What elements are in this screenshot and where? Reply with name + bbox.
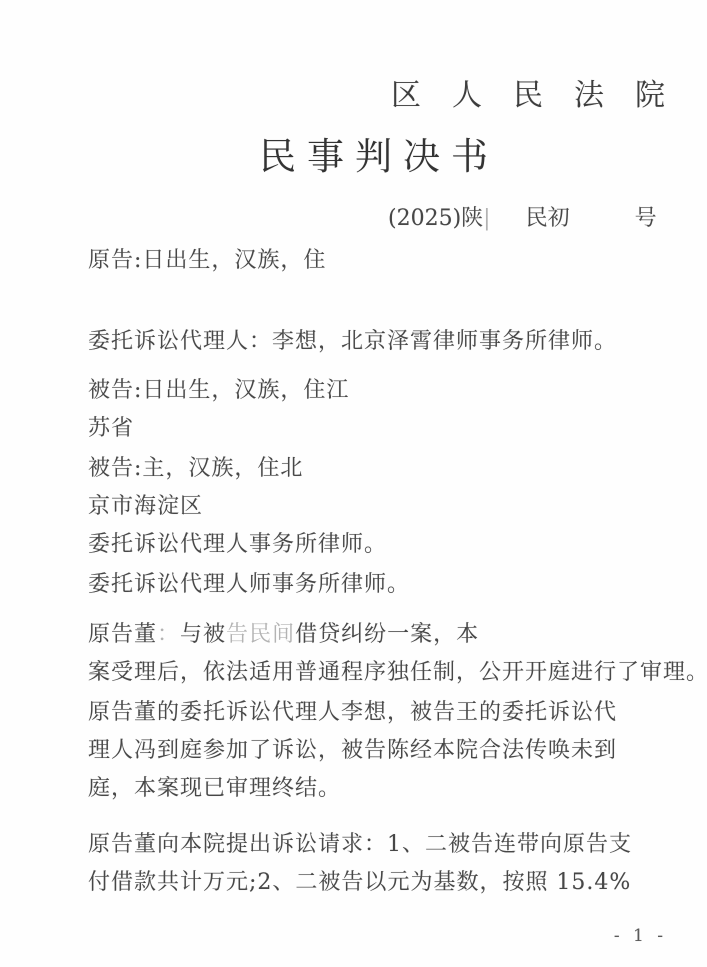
redacted-character-fragment: ：	[157, 617, 180, 648]
agent2-label: 委托诉讼代理人	[88, 567, 249, 598]
case-number-suffix: 号	[635, 201, 657, 232]
defendant1-label: 被告:	[88, 373, 142, 404]
defendant2-continuation-line: 京市海淀区	[88, 489, 663, 520]
body-text: 原告董	[88, 827, 157, 858]
defendant2-label: 被告:	[88, 451, 142, 482]
defendant-agent2-line: 委托诉讼代理人 师事务所律师。	[88, 567, 663, 598]
plaintiff-agent-text: 委托诉讼代理人：李想，北京泽霄律师事务所律师。	[88, 324, 617, 355]
body-paragraph2-line1: 原告董 向本院提出诉讼请求：1、二被告连带向原告支	[88, 827, 663, 858]
plaintiff-agent-line: 委托诉讼代理人：李想，北京泽霄律师事务所律师。	[88, 324, 663, 355]
body-text: 付借款共计	[88, 865, 203, 896]
defendant1-info: 日出生，汉族，住江	[142, 373, 349, 404]
plaintiff-line: 原告: 日出生，汉族，住	[88, 243, 663, 274]
case-number-line: (2025)陕 | 民初 号	[388, 201, 657, 232]
defendant1-info-continuation: 苏省	[88, 411, 134, 442]
body-text: 理人冯	[88, 733, 157, 764]
agent1-firm-suffix: 事务所律师。	[249, 527, 387, 558]
agent1-label: 委托诉讼代理人	[88, 527, 249, 558]
body-paragraph1-line4: 理人冯 到庭参加了诉讼，被告陈 经本院合法传唤未到	[88, 733, 663, 764]
defendant-agent1-line: 委托诉讼代理人 事务所律师。	[88, 527, 663, 558]
body-plaintiff-name: 原告董	[88, 617, 157, 648]
body-text: 经本院合法传唤未到	[410, 733, 617, 764]
body-paragraph1-line5: 庭，本案现已审理终结。	[88, 771, 663, 802]
body-text: 向本院提出诉讼请求：1、二被告连带向原告支	[157, 827, 632, 858]
defendant1-continuation-line: 苏省	[88, 411, 663, 442]
defendant2-info: 主，汉族，住北	[142, 451, 303, 482]
body-paragraph1-line3: 原告董 的委托诉讼代理人李想，被告王 的委托诉讼代	[88, 695, 663, 726]
plaintiff-label: 原告:	[88, 243, 142, 274]
body-case-type-faint: 民间	[249, 617, 295, 648]
body-text: 案受理后，依法适用普通程序独任制，公开开庭进行了审理。	[88, 655, 707, 686]
case-number-mid: 民初	[526, 201, 570, 232]
case-number-prefix: (2025)陕	[388, 201, 483, 232]
case-number-redacted-fragment: |	[483, 206, 490, 231]
body-text: 元为基数，按照 15.4%	[387, 865, 631, 896]
court-header: 区人民法院	[391, 70, 696, 114]
body-text: 庭，本案现已审理终结。	[88, 771, 341, 802]
page-number: - 1 -	[614, 926, 667, 946]
defendant2-line: 被告: 主，汉族，住北	[88, 451, 663, 482]
agent2-firm-suffix: 师事务所律师。	[249, 567, 410, 598]
body-paragraph1-line2: 案受理后，依法适用普通程序独任制，公开开庭进行了审理。	[88, 655, 663, 686]
body-text: 的委托诉讼代	[479, 695, 617, 726]
defendant1-line: 被告: 日出生，汉族，住江	[88, 373, 663, 404]
body-paragraph1-line1: 原告董 ： 与被 告 民间 借贷纠纷一案，本	[88, 617, 663, 648]
body-versus-defendant-faint: 告	[226, 617, 249, 648]
body-text: 到庭参加了诉讼，被告陈	[157, 733, 410, 764]
body-text: 的委托诉讼代理人李想，被告王	[157, 695, 479, 726]
plaintiff-info: 日出生，汉族，住	[142, 243, 326, 274]
judgment-document-page: 区人民法院 民事判决书 (2025)陕 | 民初 号 原告: 日出生，汉族，住 …	[0, 0, 707, 967]
document-title: 民事判决书	[259, 126, 499, 180]
defendant2-info-continuation: 京市海淀区	[88, 489, 203, 520]
body-case-type: 借贷纠纷一案，本	[295, 617, 479, 648]
body-text: 万元;2、二被告以	[203, 865, 387, 896]
body-versus-defendant: 与被	[180, 617, 226, 648]
body-paragraph2-line2: 付借款共计 万元;2、二被告以 元为基数，按照 15.4%	[88, 865, 663, 896]
body-text: 原告董	[88, 695, 157, 726]
